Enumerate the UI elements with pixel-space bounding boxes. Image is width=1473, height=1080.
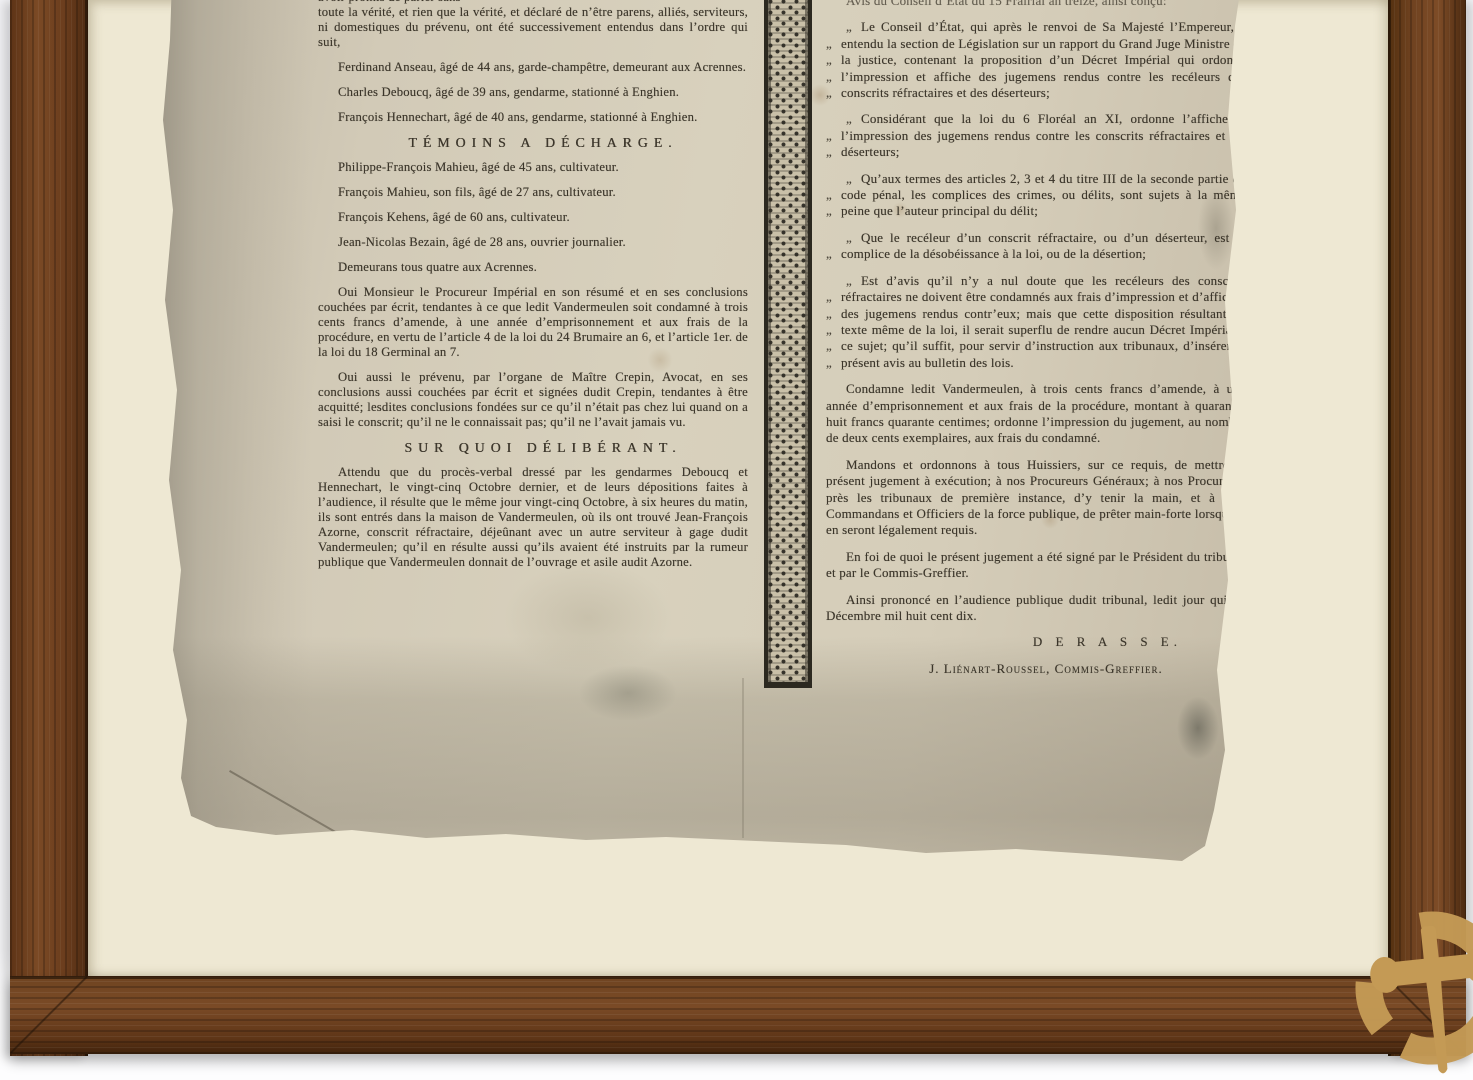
frame-left-rail [10, 0, 88, 1056]
witness-line: Ferdinand Anseau, âgé de 44 ans, garde-c… [318, 60, 748, 75]
paragraph-mandons: Mandons et ordonnons à tous Huissiers, s… [826, 457, 1246, 539]
witness-line: Philippe-François Mahieu, âgé de 45 ans,… [318, 160, 748, 175]
residence-line: Demeurans tous quatre aux Acrennes. [318, 260, 748, 275]
paragraph-procureur: Oui Monsieur le Procureur Impérial en so… [318, 285, 748, 360]
quoted-paragraph: Est d’avis qu’il n’y a nul doute que les… [826, 273, 1246, 371]
paragraph-opening: toute la vérité, et rien que la vérité, … [318, 5, 748, 50]
frame-right-rail [1388, 0, 1466, 1056]
witness-line: Jean-Nicolas Bezain, âgé de 28 ans, ouvr… [318, 235, 748, 250]
photo-stage: avoir promis de parler sans toute la vér… [0, 0, 1473, 1080]
witness-line: François Mahieu, son fils, âgé de 27 ans… [318, 185, 748, 200]
frame-bottom-rail [10, 976, 1466, 1054]
paper-crease-diagonal [229, 770, 347, 839]
paragraph-condamne: Condamne ledit Vandermeulen, à trois cen… [826, 381, 1246, 447]
paper-crease-vertical [742, 678, 744, 838]
quoted-paragraph: Considérant que la loi du 6 Floréal an X… [826, 111, 1246, 160]
paragraph-en-foi: En foi de quoi le présent jugement a été… [826, 549, 1246, 582]
document-right-column: Avis du Conseil d’État du 15 Frairial an… [826, 0, 1246, 687]
paragraph-ainsi-prononce: Ainsi prononcé en l’audience publique du… [826, 592, 1246, 625]
witness-line: François Hennechart, âgé de 40 ans, gend… [318, 110, 748, 125]
avis-header-line: Avis du Conseil d’État du 15 Frairial an… [826, 0, 1246, 9]
document-paper: avoir promis de parler sans toute la vér… [158, 0, 1298, 880]
witness-line: François Kehens, âgé de 60 ans, cultivat… [318, 210, 748, 225]
witness-line: Charles Deboucq, âgé de 39 ans, gendarme… [318, 85, 748, 100]
signature-president: D E R A S S E. [826, 634, 1246, 650]
quoted-paragraph: Que le recéleur d’un conscrit réfractair… [826, 230, 1246, 263]
quoted-paragraph: Le Conseil d’État, qui après le renvoi d… [826, 19, 1246, 101]
ornamental-divider-band [764, 0, 812, 688]
section-heading-temoins-decharge: TÉMOINS A DÉCHARGE. [318, 135, 748, 150]
mat-board: avoir promis de parler sans toute la vér… [88, 0, 1388, 978]
document-left-column: avoir promis de parler sans toute la vér… [318, 0, 748, 580]
quoted-paragraph: Qu’aux termes des articles 2, 3 et 4 du … [826, 171, 1246, 220]
signature-greffier: J. Liénart-Roussel, Commis-Greffier. [826, 661, 1246, 677]
section-heading-deliberant: SUR QUOI DÉLIBÉRANT. [318, 440, 748, 455]
paragraph-avocat: Oui aussi le prévenu, par l’organe de Ma… [318, 370, 748, 430]
paragraph-attendu: Attendu que du procès-verbal dressé par … [318, 465, 748, 570]
